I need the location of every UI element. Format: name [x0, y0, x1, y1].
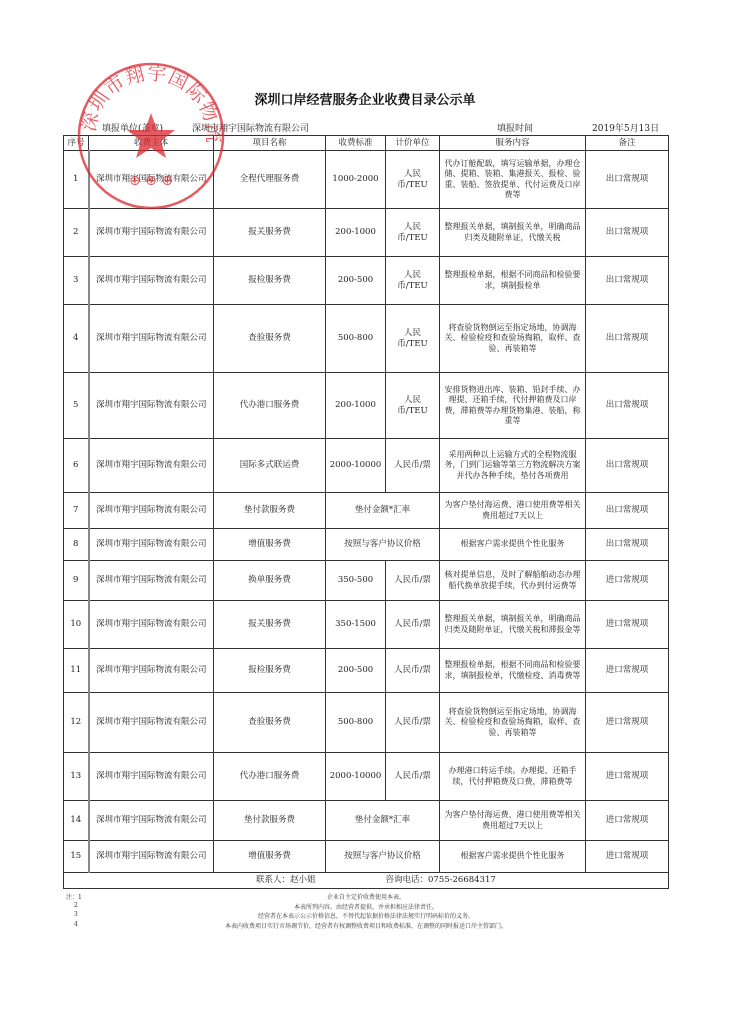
fee-entity: 深圳市翔宇国际物流有限公司 [89, 529, 214, 561]
row-index: 5 [64, 373, 89, 439]
fee-standard: 200-1000 [326, 373, 386, 439]
row-index: 3 [64, 257, 89, 305]
fee-entity: 深圳市翔宇国际物流有限公司 [89, 801, 214, 841]
pricing-unit: 人民币/票 [386, 439, 440, 493]
row-index: 15 [64, 841, 89, 873]
service-content: 整理报检单据，根据不同商品和检验要求，填制报检单，代缴检疫、消毒费等 [440, 649, 586, 693]
remark: 进口常规项 [586, 649, 669, 693]
row-index: 4 [64, 305, 89, 373]
table-row: 5深圳市翔宇国际物流有限公司代办港口服务费200-1000人民币/TEU安排货物… [64, 373, 669, 439]
row-index: 8 [64, 529, 89, 561]
item-name: 代办港口服务费 [214, 373, 326, 439]
pricing-unit: 人民币/票 [386, 693, 440, 753]
row-index: 2 [64, 209, 89, 257]
fill-unit-value: 深圳市翔宇国际物流有限公司 [192, 121, 309, 134]
remark: 进口常规项 [586, 601, 669, 649]
fee-standard: 350-500 [326, 561, 386, 601]
remark: 出口常规项 [586, 151, 669, 209]
item-name: 查验服务费 [214, 305, 326, 373]
fee-standard: 500-800 [326, 305, 386, 373]
pricing-unit: 人民币/TEU [386, 257, 440, 305]
table-row: 6深圳市翔宇国际物流有限公司国际多式联运费2000-10000人民币/票采用两种… [64, 439, 669, 493]
page-title: 深圳口岸经营服务企业收费目录公示单 [0, 89, 730, 108]
service-content: 整理报关单据，填制报关单，明确商品归类及随附单证，代缴关税 [440, 209, 586, 257]
row-index: 12 [64, 693, 89, 753]
fee-standard: 按照与客户协议价格 [326, 529, 440, 561]
pricing-unit: 人民币/票 [386, 601, 440, 649]
pricing-unit: 人民币/TEU [386, 209, 440, 257]
table-row: 12深圳市翔宇国际物流有限公司查验服务费500-800人民币/票将查验货物倒运至… [64, 693, 669, 753]
table-row: 13深圳市翔宇国际物流有限公司代办港口服务费2000-10000人民币/票办理港… [64, 753, 669, 801]
item-name: 增值服务费 [214, 529, 326, 561]
table-row: 4深圳市翔宇国际物流有限公司查验服务费500-800人民币/TEU将查验货物倒运… [64, 305, 669, 373]
row-index: 10 [64, 601, 89, 649]
table-header-row: 序号收费主体项目名称收费标准计价单位服务内容备注 [64, 136, 669, 151]
column-header: 序号 [64, 136, 89, 151]
fee-entity: 深圳市翔宇国际物流有限公司 [89, 257, 214, 305]
table-row: 1深圳市翔宇国际物流有限公司全程代理服务费1000-2000人民币/TEU代办订… [64, 151, 669, 209]
pricing-unit: 人民币/票 [386, 753, 440, 801]
table-row: 2深圳市翔宇国际物流有限公司报关服务费200-1000人民币/TEU整理报关单据… [64, 209, 669, 257]
fee-entity: 深圳市翔宇国际物流有限公司 [89, 151, 214, 209]
pricing-unit: 人民币/TEU [386, 305, 440, 373]
row-index: 11 [64, 649, 89, 693]
column-header: 计价单位 [386, 136, 440, 151]
row-index: 1 [64, 151, 89, 209]
pricing-unit: 人民币/票 [386, 649, 440, 693]
table-row: 9深圳市翔宇国际物流有限公司换单服务费350-500人民币/票核对提单信息，及时… [64, 561, 669, 601]
remark: 出口常规项 [586, 439, 669, 493]
table-row: 11深圳市翔宇国际物流有限公司报检服务费200-500人民币/票整理报检单据，根… [64, 649, 669, 693]
item-name: 垫付款服务费 [214, 493, 326, 529]
remark: 进口常规项 [586, 561, 669, 601]
fill-unit-label: 填报单位(盖章) [102, 121, 163, 134]
service-content: 办理港口转运手续。办理提、还箱手续，代付押箱费及口费，滞箱费等 [440, 753, 586, 801]
remark: 进口常规项 [586, 693, 669, 753]
remark: 出口常规项 [586, 493, 669, 529]
fee-standard: 200-1000 [326, 209, 386, 257]
table-row: 8深圳市翔宇国际物流有限公司增值服务费按照与客户协议价格根据客户需求提供个性化服… [64, 529, 669, 561]
note-text: 本表所列内容，由经营者提供，并承担相应法律责任。 [66, 902, 666, 911]
service-content: 为客户垫付海运费、港口使用费等相关费用超过7天以上 [440, 801, 586, 841]
service-content: 将查验货物倒运至指定场地，协调海关、检验检疫和查验场掏箱，取样、查验、再装箱等 [440, 693, 586, 753]
fee-standard: 500-800 [326, 693, 386, 753]
item-name: 报关服务费 [214, 209, 326, 257]
fee-entity: 深圳市翔宇国际物流有限公司 [89, 561, 214, 601]
fee-standard: 按照与客户协议价格 [326, 841, 440, 873]
pricing-unit: 人民币/TEU [386, 373, 440, 439]
table-body: 1深圳市翔宇国际物流有限公司全程代理服务费1000-2000人民币/TEU代办订… [64, 151, 669, 873]
service-content: 安排货物进出库、装箱、铅封手续、办理提、还箱手续，代付押箱费及口岸费，滞箱费等办… [440, 373, 586, 439]
fee-standard: 垫付金额*汇率 [326, 493, 440, 529]
service-content: 整理报检单据，根据不同商品和检验要求，填制报检单 [440, 257, 586, 305]
pricing-unit: 人民币/票 [386, 561, 440, 601]
item-name: 代办港口服务费 [214, 753, 326, 801]
remark: 进口常规项 [586, 841, 669, 873]
column-header: 项目名称 [214, 136, 326, 151]
note-item: 注：1企业自主定价收费使用本表。 [66, 892, 666, 902]
fee-entity: 深圳市翔宇国际物流有限公司 [89, 693, 214, 753]
note-text: 企业自主定价收费使用本表。 [66, 892, 666, 901]
item-name: 换单服务费 [214, 561, 326, 601]
column-header: 收费标准 [326, 136, 386, 151]
remark: 出口常规项 [586, 257, 669, 305]
service-content: 将查验货物倒运至指定场地，协调海关、检验检疫和查验场掏箱，取样、查验、再装箱等 [440, 305, 586, 373]
fee-entity: 深圳市翔宇国际物流有限公司 [89, 305, 214, 373]
remark: 进口常规项 [586, 753, 669, 801]
table-row: 15深圳市翔宇国际物流有限公司增值服务费按照与客户协议价格根据客户需求提供个性化… [64, 841, 669, 873]
fee-entity: 深圳市翔宇国际物流有限公司 [89, 841, 214, 873]
fee-standard: 200-500 [326, 649, 386, 693]
row-index: 9 [64, 561, 89, 601]
service-content: 整理报关单据，填制报关单，明确商品归类及随附单证，代缴关税和滞报金等 [440, 601, 586, 649]
table-row: 3深圳市翔宇国际物流有限公司报检服务费200-500人民币/TEU整理报检单据，… [64, 257, 669, 305]
table-row: 7深圳市翔宇国际物流有限公司垫付款服务费垫付金额*汇率为客户垫付海运费、港口使用… [64, 493, 669, 529]
item-name: 查验服务费 [214, 693, 326, 753]
service-content: 核对提单信息，及时了解船舶动态办理船代换单放提手续，代办到付运费等 [440, 561, 586, 601]
item-name: 国际多式联运费 [214, 439, 326, 493]
fee-entity: 深圳市翔宇国际物流有限公司 [89, 373, 214, 439]
fee-entity: 深圳市翔宇国际物流有限公司 [89, 493, 214, 529]
row-index: 6 [64, 439, 89, 493]
item-name: 报关服务费 [214, 601, 326, 649]
row-index: 13 [64, 753, 89, 801]
remark: 出口常规项 [586, 209, 669, 257]
fee-standard: 1000-2000 [326, 151, 386, 209]
fee-standard: 2000-10000 [326, 753, 386, 801]
column-header: 服务内容 [440, 136, 586, 151]
remark: 出口常规项 [586, 305, 669, 373]
item-name: 垫付款服务费 [214, 801, 326, 841]
table-row: 14深圳市翔宇国际物流有限公司垫付款服务费垫付金额*汇率为客户垫付海运费、港口使… [64, 801, 669, 841]
fee-standard: 垫付金额*汇率 [326, 801, 440, 841]
item-name: 报检服务费 [214, 257, 326, 305]
fill-date-value: 2019年5月13日 [592, 121, 659, 134]
fee-entity: 深圳市翔宇国际物流有限公司 [89, 753, 214, 801]
note-text: 本表内收费项目实行市场调节价，经营者有权调整收费项目和收费标准，在调整的同时报送… [66, 921, 666, 930]
item-name: 报检服务费 [214, 649, 326, 693]
service-content: 采用两种以上运输方式的全程物流服务，门到门运输等第三方物流解决方案并代办各种手续… [440, 439, 586, 493]
contact-person: 联系人：赵小姐 [64, 873, 326, 889]
fill-date-label: 填报时间 [497, 121, 533, 134]
note-item: 4本表内收费项目实行市场调节价，经营者有权调整收费项目和收费标准，在调整的同时报… [66, 921, 666, 931]
service-content: 根据客户需求提供个性化服务 [440, 841, 586, 873]
fee-entity: 深圳市翔宇国际物流有限公司 [89, 439, 214, 493]
contact-row: 联系人：赵小姐 咨询电话：0755-26684317 [64, 873, 669, 889]
column-header: 收费主体 [89, 136, 214, 151]
fee-entity: 深圳市翔宇国际物流有限公司 [89, 601, 214, 649]
remark: 进口常规项 [586, 801, 669, 841]
service-content: 根据客户需求提供个性化服务 [440, 529, 586, 561]
item-name: 全程代理服务费 [214, 151, 326, 209]
service-content: 为客户垫付海运费、港口使用费等相关费用超过7天以上 [440, 493, 586, 529]
note-item: 2本表所列内容，由经营者提供，并承担相应法律责任。 [66, 902, 666, 912]
remark: 出口常规项 [586, 529, 669, 561]
note-item: 3经营者在本表示公示价格信息，不替代起依据价格法律法规实行明码标价的义务。 [66, 911, 666, 921]
notes-section: 注：1企业自主定价收费使用本表。2本表所列内容，由经营者提供，并承担相应法律责任… [66, 892, 666, 930]
contact-phone: 咨询电话：0755-26684317 [326, 873, 669, 889]
fee-standard: 2000-10000 [326, 439, 386, 493]
service-content: 代办订舱配载，填写运输单据，办理仓储、提箱、装箱、集港报关、报检、验重、装船、签… [440, 151, 586, 209]
pricing-unit: 人民币/TEU [386, 151, 440, 209]
fee-standard: 350-1500 [326, 601, 386, 649]
note-text: 经营者在本表示公示价格信息，不替代起依据价格法律法规实行明码标价的义务。 [66, 911, 666, 920]
table-row: 10深圳市翔宇国际物流有限公司报关服务费350-1500人民币/票整理报关单据，… [64, 601, 669, 649]
column-header: 备注 [586, 136, 669, 151]
fee-table: 序号收费主体项目名称收费标准计价单位服务内容备注 1深圳市翔宇国际物流有限公司全… [63, 135, 669, 889]
row-index: 7 [64, 493, 89, 529]
fee-standard: 200-500 [326, 257, 386, 305]
item-name: 增值服务费 [214, 841, 326, 873]
row-index: 14 [64, 801, 89, 841]
fee-entity: 深圳市翔宇国际物流有限公司 [89, 209, 214, 257]
remark: 出口常规项 [586, 373, 669, 439]
fee-entity: 深圳市翔宇国际物流有限公司 [89, 649, 214, 693]
